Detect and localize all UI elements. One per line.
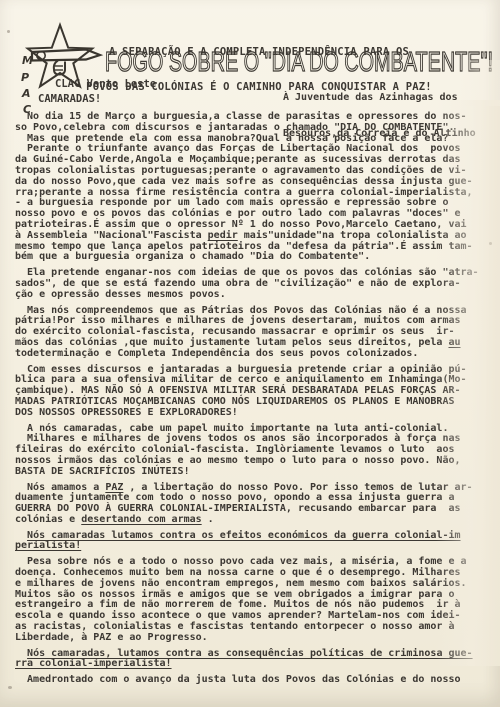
- text-line: DOS NOSSOS OPRESSORES E EXPLORADORES!: [15, 408, 497, 419]
- text-segment: duamente juntamente com todo o nosso pov…: [15, 492, 455, 503]
- paragraph: Nós amamos a PAZ , a libertação do nosso…: [15, 483, 497, 526]
- text-segment: rra;perante a nossa firme resistência co…: [15, 187, 473, 198]
- paragraph: Amedrontado com o avanço da justa luta d…: [15, 675, 497, 686]
- text-line: ção e opressão desses mesmos povos.: [15, 290, 497, 301]
- text-segment: da do nosso Povo,que cada vez mais sofre…: [15, 176, 473, 187]
- text-segment: bém que a burguesia organiza o chamado "…: [15, 251, 370, 262]
- underlined-text: perialista!: [15, 540, 81, 551]
- text-line: rra colonial-imperialista!: [15, 659, 497, 670]
- logo-letter-a: A: [22, 87, 31, 100]
- text-segment: doença. Conhecemos muito bem na nossa ca…: [15, 567, 461, 578]
- section-heading: Nós camaradas, lutamos contra as consequ…: [15, 649, 497, 671]
- text-line: perialista!: [15, 541, 497, 552]
- text-segment: nosso povo e os povos das colónias e por…: [15, 208, 461, 219]
- text-segment: so Povo,celebra com discursos e jantarad…: [15, 122, 455, 133]
- logo-letter-p: P: [21, 71, 29, 84]
- text-segment: , a libertação do nosso Povo. Por isso t…: [123, 482, 472, 493]
- text-segment: mãos das colónias ,que muito justamente …: [15, 337, 448, 348]
- text-segment: No dia 15 de Março a burguesia,a classe …: [15, 111, 467, 122]
- organization-name: CLAC Vento Leste: [55, 78, 156, 90]
- text-segment: da Guiné-Cabo Verde,Angola e Moçambique;…: [15, 154, 461, 165]
- underlined-text: desertando com armas: [81, 514, 201, 525]
- text-segment: Mas nós compreendemos que as Pátrias dos…: [15, 305, 467, 316]
- text-segment: sados", de que se está fazendo uma obra …: [15, 278, 461, 289]
- text-segment: fileiras do exército colonial-fascista. …: [15, 444, 455, 455]
- text-segment: e milhares de jovens não encontram empre…: [15, 578, 467, 589]
- logo-letter-m: M: [22, 54, 33, 67]
- text-segment: GUERRA DO POVO À GUERRA COLONIAL-IMPERIA…: [15, 503, 461, 514]
- paragraph: No dia 15 de Março a burguesia,a classe …: [15, 112, 497, 263]
- text-line: colónias e desertando com armas .: [15, 515, 497, 526]
- dedication-line-1: À Juventude das Azinhagas dos: [283, 92, 476, 104]
- underlined-text: rra colonial-imperialista!: [15, 658, 172, 669]
- ink-speck: [7, 30, 10, 33]
- paragraph: A nós camaradas, cabe um papel muito imp…: [15, 424, 497, 478]
- paragraph: Ela pretende enganar-nos com ideias de q…: [15, 268, 497, 300]
- text-segment: colónias e: [15, 514, 81, 525]
- text-segment: Liberdade, à PAZ e ao Progresso.: [15, 632, 208, 643]
- scanned-leaflet-page: M P A C A SEPARAÇÃO E A COMPLETA INDEPEN…: [0, 0, 500, 707]
- text-segment: Ela pretende enganar-nos com ideias de q…: [15, 267, 479, 278]
- text-segment: DOS NOSSOS OPRESSORES E EXPLORADORES!: [15, 407, 238, 418]
- text-segment: Nós amamos a: [15, 482, 105, 493]
- text-segment: blica para a sua ofensiva militar de cer…: [15, 374, 467, 385]
- text-segment: mais"unidade"na tropa colonialista ao: [238, 230, 467, 241]
- underlined-text: Nós camaradas, lutamos contra as consequ…: [27, 648, 473, 659]
- text-segment: pátria!Por isso milhares e milhares de j…: [15, 315, 461, 326]
- document-body: No dia 15 de Março a burguesia,a classe …: [15, 112, 497, 691]
- underlined-text: Nós camaradas lutamos contra os efeitos …: [27, 530, 460, 541]
- text-segment: todeterminação e Completa Independência …: [15, 348, 418, 359]
- text-segment: patrioteiras.É assim que o opressor Nº 1…: [15, 219, 467, 230]
- text-segment: Com esses discursos e jantaradas a burgu…: [15, 364, 467, 375]
- salutation: CAMARADAS!: [38, 93, 101, 105]
- text-segment: BASTA DE SACRIFÍCIOS INÚTEIS!: [15, 466, 190, 477]
- section-heading: Nós camaradas lutamos contra os efeitos …: [15, 531, 497, 553]
- paragraph: Mas nós compreendemos que as Pátrias dos…: [15, 306, 497, 360]
- text-line: BASTA DE SACRIFÍCIOS INÚTEIS!: [15, 467, 497, 478]
- text-segment: ção e opressão desses mesmos povos.: [15, 289, 226, 300]
- text-segment: .: [202, 514, 214, 525]
- text-segment: çambique). MAS NÃO SÓ A OFENSIVA MILITAR…: [15, 385, 461, 396]
- paragraph: Com esses discursos e jantaradas a burgu…: [15, 365, 497, 419]
- text-line: Liberdade, à PAZ e ao Progresso.: [15, 633, 497, 644]
- text-segment: as racistas, colonialistas e fascistas t…: [15, 621, 455, 632]
- text-line: Nós camaradas lutamos contra os efeitos …: [15, 531, 497, 542]
- ink-speck: [489, 242, 492, 245]
- paragraph: Pesa sobre nós e a todo o nosso povo cad…: [15, 557, 497, 643]
- text-segment: escola e quando isso acontece o que vamo…: [15, 610, 461, 621]
- text-segment: MADAS PATRIÓTICAS MOÇAMBICANAS COMO NÓS …: [15, 396, 455, 407]
- text-line: bém que a burguesia organiza o chamado "…: [15, 252, 497, 263]
- text-segment: [15, 648, 27, 659]
- text-line: Amedrontado com o avanço da justa luta d…: [15, 675, 497, 686]
- text-segment: Mas que pretende ela com essa manobra?Qu…: [15, 133, 448, 144]
- underlined-text: pedir: [208, 230, 238, 241]
- underlined-text: au: [448, 337, 460, 348]
- text-segment: do exército colonial-fascista, recusando…: [15, 326, 455, 337]
- text-segment: nossos irmãos das colónias e ao mesmo te…: [15, 455, 461, 466]
- text-segment: mesmo tempo que lança apelos patrioteiro…: [15, 241, 473, 252]
- text-segment: Milhares e milhares de jovens todos os a…: [15, 433, 461, 444]
- text-segment: estrangeiro a fim de não morrerem de fom…: [15, 599, 461, 610]
- text-line: todeterminação e Completa Independência …: [15, 349, 497, 360]
- text-segment: Pesa sobre nós e a todo o nosso povo cad…: [15, 556, 467, 567]
- text-segment: - a burguesia responde por um lado com m…: [15, 197, 448, 208]
- text-segment: Amedrontado com o avanço da justa luta d…: [15, 674, 461, 685]
- ink-speck: [8, 686, 12, 689]
- text-segment: Perante o triunfante avanço das Forças d…: [15, 143, 461, 154]
- underlined-text: PAZ: [105, 482, 123, 493]
- text-segment: A nós camaradas, cabe um papel muito imp…: [15, 423, 448, 434]
- text-segment: à Assembleia "Nacional"Fascista: [15, 230, 208, 241]
- text-segment: tropas colonialistas portuguesas;perante…: [15, 165, 467, 176]
